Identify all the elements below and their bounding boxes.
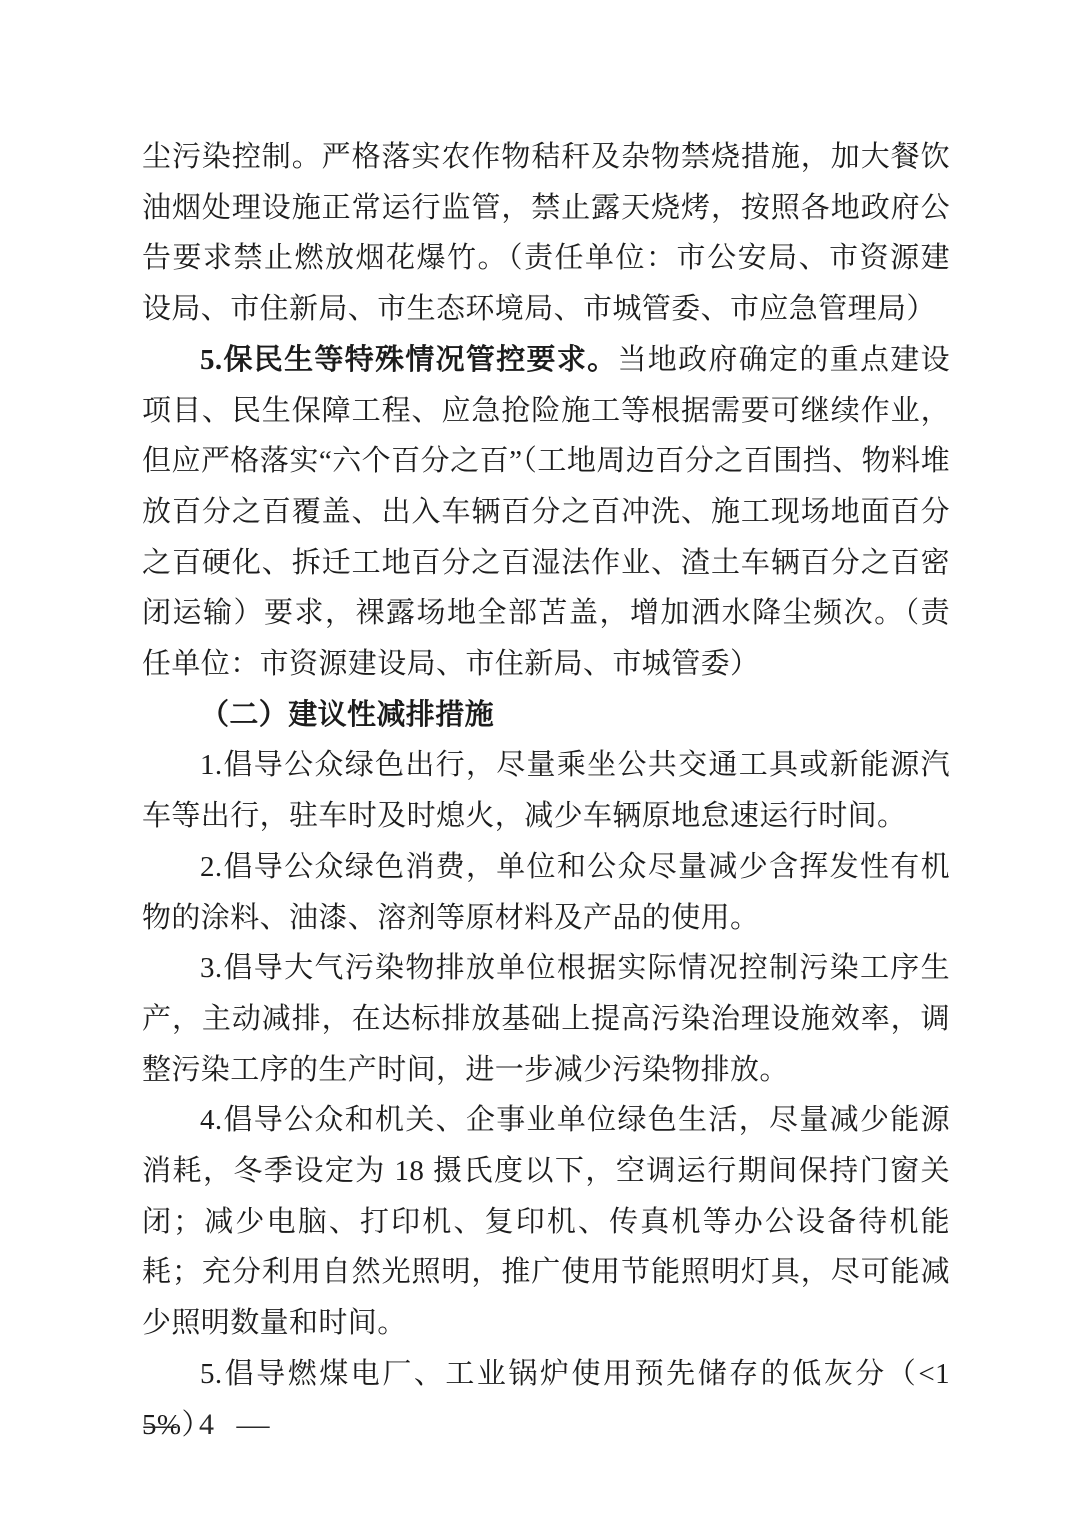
- paragraph-green-consumption: 2.倡导公众绿色消费，单位和公众尽量减少含挥发性有机物的涂料、油漆、溶剂等原材料…: [142, 842, 950, 943]
- footer-right-dash: —: [237, 1405, 270, 1445]
- paragraph-green-travel: 1.倡导公众绿色出行，尽量乘坐公共交通工具或新能源汽车等出行，驻车时及时熄火，减…: [142, 740, 950, 841]
- paragraph-pollutant-discharge-units: 3.倡导大气污染物排放单位根据实际情况控制污染工序生产，主动减排，在达标排放基础…: [142, 943, 950, 1095]
- page-footer: — 4 —: [145, 1405, 268, 1445]
- document-page: 尘污染控制。严格落实农作物秸秆及杂物禁烧措施，加大餐饮油烟处理设施正常运行监管，…: [0, 0, 1074, 1520]
- footer-left-dash: —: [144, 1405, 177, 1445]
- section-heading-suggested-emission-reduction: （二）建议性减排措施: [142, 690, 950, 741]
- paragraph-lead-body: 当地政府确定的重点建设项目、民生保障工程、应急抢险施工等根据需要可继续作业，但应…: [142, 344, 950, 680]
- document-body: 尘污染控制。严格落实农作物秸秆及杂物禁烧措施，加大餐饮油烟处理设施正常运行监管，…: [142, 132, 950, 1450]
- paragraph-livelihood-special-control: 5.保民生等特殊情况管控要求。当地政府确定的重点建设项目、民生保障工程、应急抢险…: [142, 335, 950, 690]
- page-number: 4: [199, 1405, 214, 1445]
- paragraph-bold-lead: 5.保民生等特殊情况管控要求。: [200, 344, 617, 376]
- paragraph-dust-control-continuation: 尘污染控制。严格落实农作物秸秆及杂物禁烧措施，加大餐饮油烟处理设施正常运行监管，…: [142, 132, 950, 335]
- paragraph-green-living: 4.倡导公众和机关、企事业单位绿色生活，尽量减少能源消耗，冬季设定为 18 摄氏…: [142, 1095, 950, 1349]
